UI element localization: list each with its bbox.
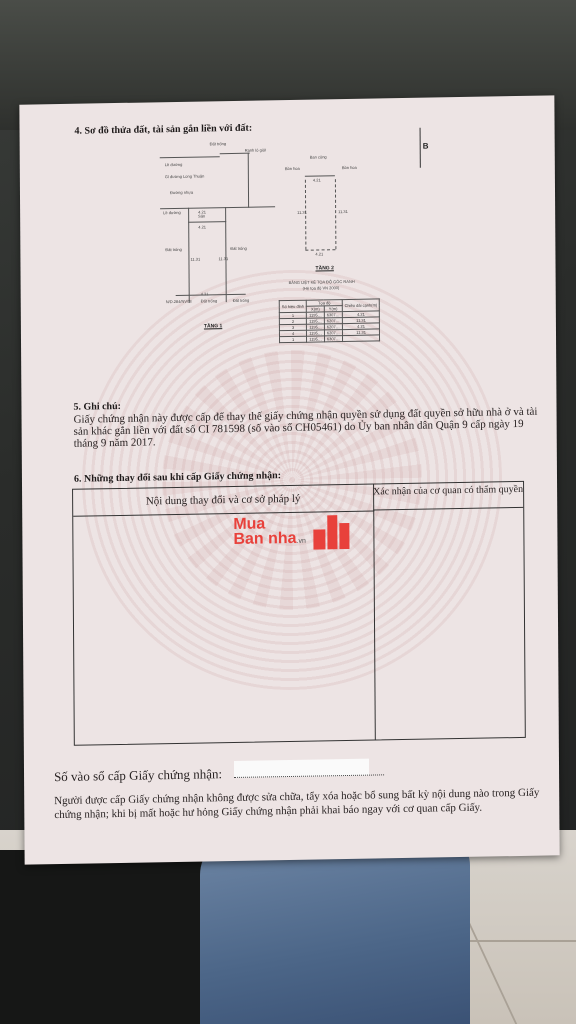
changes-col-confirm: Xác nhận của cơ quan có thẩm quyền <box>373 482 523 511</box>
dimension-label: 4.21 <box>198 224 206 229</box>
diagram-text: Đất trống <box>165 247 181 252</box>
coord-cell: 6207… <box>324 330 342 336</box>
diagram-text: Ban công <box>310 154 327 159</box>
coord-table: Số hiệu đỉnh Tọa độ Chiều dài cạnh(m) X(… <box>279 298 381 343</box>
diagram-text: Đất trống <box>230 246 246 251</box>
north-label: B <box>423 142 429 151</box>
coord-cell: 6207… <box>324 324 342 330</box>
dimension-label: 4.21 <box>313 177 321 182</box>
section5-title: 5. Ghi chú: <box>73 401 121 413</box>
dimension-label: 11.31 <box>190 257 200 262</box>
watermark-logo: Mua Ban nha.vn <box>233 516 306 550</box>
diagram-text: Đường nhựa <box>170 190 193 195</box>
diagram-text: Bồn hoa <box>342 165 357 170</box>
section4-title: 4. Sơ đồ thửa đất, tài sản gắn liền với … <box>75 123 253 137</box>
floor1-label: TẦNG 1 <box>204 323 222 329</box>
floor2-label: TẦNG 2 <box>316 265 334 271</box>
diagram-text: Đất trống <box>233 298 249 303</box>
diagram-text: Lề đường <box>163 210 181 215</box>
dark-object <box>0 850 210 1024</box>
diagram-text: Gl đường Long Thuận <box>165 173 205 179</box>
coord-cell: 1195… <box>307 330 325 336</box>
coord-table-subtitle: (Hệ tọa độ VN 2000) <box>303 285 340 291</box>
logo-suffix: .vn <box>297 538 306 545</box>
logo-line2: Ban nha <box>233 530 296 548</box>
coord-header: Chiều dài cạnh(m) <box>342 299 380 312</box>
dimension-label: 11.31 <box>218 256 228 261</box>
diagram-text: Đất trống <box>210 141 226 146</box>
coord-cell: 1195… <box>307 336 325 342</box>
warning-text: Người được cấp Giấy chứng nhận không đượ… <box>54 785 554 822</box>
coord-cell: 1195… <box>307 312 325 318</box>
logo-building-icon <box>313 515 349 550</box>
land-certificate-page: 4. Sơ đồ thửa đất, tài sản gắn liền với … <box>19 95 559 864</box>
dimension-label: 11.31 <box>338 209 348 214</box>
coord-cell: 1195… <box>307 324 325 330</box>
coord-cell: 6307… <box>324 312 342 318</box>
diagram-text: Lề đường <box>165 162 183 167</box>
dimension-label: 11.31 <box>297 210 307 215</box>
changes-col-content: Nội dung thay đổi và cơ sở pháp lý <box>73 485 374 517</box>
jeans-knee <box>200 835 470 1024</box>
coord-header: Số hiệu đỉnh <box>279 300 306 312</box>
registry-label: Số vào sổ cấp Giấy chứng nhận: <box>54 766 222 785</box>
parcel-ref: N/D.284/NV03 <box>166 299 192 304</box>
changes-table: Nội dung thay đổi và cơ sở pháp lý Xác n… <box>72 481 526 746</box>
column-divider <box>373 511 376 740</box>
diagram-text: Bồn hoa <box>285 166 300 171</box>
dimension-label: 4.21 <box>201 291 209 296</box>
coord-cell: 6307… <box>324 336 342 342</box>
coord-cell <box>342 335 380 342</box>
dimension-label: 4.21 <box>315 251 323 256</box>
dimension-label: 4.21 <box>198 209 206 214</box>
diagram-text: Đất trống <box>201 298 217 303</box>
coord-cell: 1195… <box>307 318 325 324</box>
north-arrow <box>420 128 421 168</box>
coord-row: 11195…6307… <box>279 335 379 343</box>
coord-cell: 1 <box>279 336 306 342</box>
coord-cell: 6207… <box>324 318 342 324</box>
